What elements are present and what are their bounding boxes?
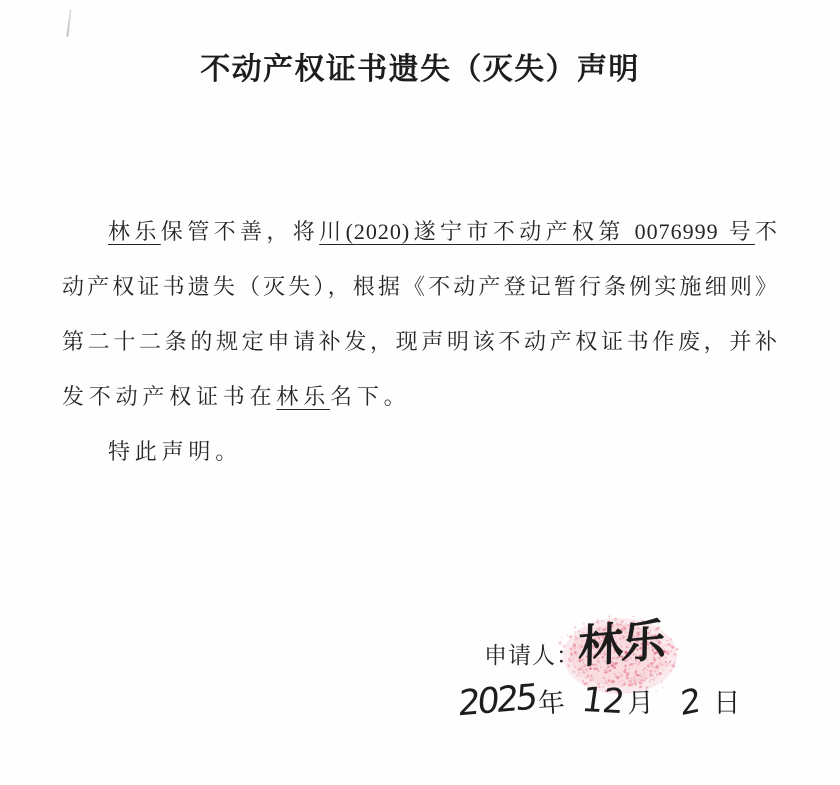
date-month: 12 [579,682,625,721]
line-text: 动产权证书遗失（灭失），根据《不动产登记暂行条例实施细则》 [62,274,778,299]
owner-name-underlined: 林乐 [108,219,161,244]
scan-artifact-mark [66,9,71,37]
date-year-suffix: 年 [537,688,566,721]
document-title: 不动产权证书遗失（灭失）声明 [0,52,840,88]
line-text: 名下。 [330,384,410,409]
line-text: 不 [755,219,778,244]
date-day: 2 [680,682,702,723]
document-page: 不动产权证书遗失（灭失）声明 林乐保管不善，将川(2020)遂宁市不动产权第 0… [0,0,840,785]
declaration-line-5: 特此声明。 [62,424,778,479]
declaration-line-4: 发不动产权证书在林乐名下。 [62,369,778,424]
declaration-body: 林乐保管不善，将川(2020)遂宁市不动产权第 0076999 号不 动产权证书… [62,204,778,479]
line-text: 第二十二条的规定申请补发，现声明该不动产权证书作废，并补 [62,329,778,354]
applicant-signature: 林乐 [578,608,665,679]
line-text: 发不动产权证书在 [62,384,276,409]
declaration-line-2: 动产权证书遗失（灭失），根据《不动产登记暂行条例实施细则》 [62,259,778,314]
date-line: 2025 年 12 月 2 日 [458,682,740,721]
line-text: 保管不善，将 [161,219,319,244]
date-year: 2025 [457,678,537,724]
certificate-number-underlined: 川(2020)遂宁市不动产权第 0076999 号 [319,219,755,244]
date-day-suffix: 日 [713,689,740,721]
declaration-line-3: 第二十二条的规定申请补发，现声明该不动产权证书作废，并补 [62,314,778,369]
line-text: 特此声明。 [108,439,242,464]
date-month-suffix: 月 [627,688,655,721]
owner-name-underlined: 林乐 [276,384,330,409]
declaration-line-1: 林乐保管不善，将川(2020)遂宁市不动产权第 0076999 号不 [62,204,778,259]
